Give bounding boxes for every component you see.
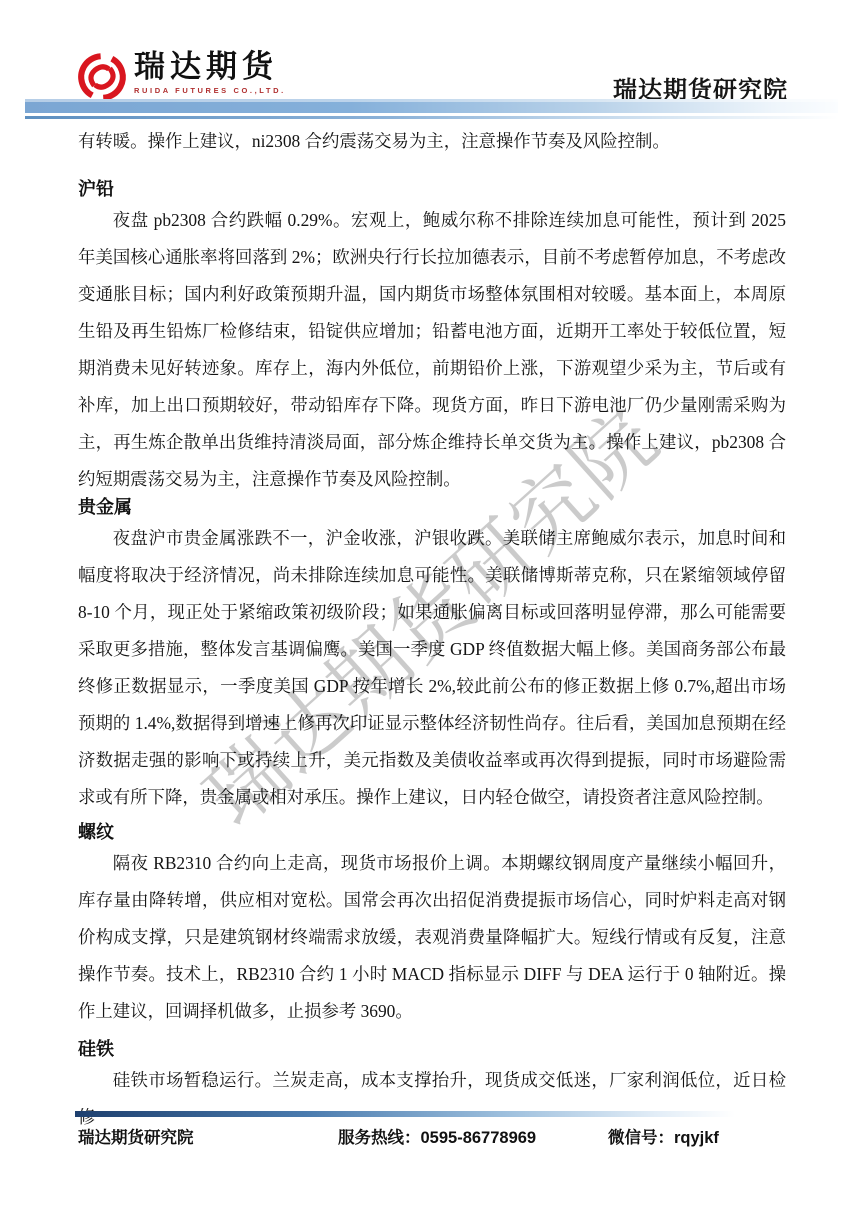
ruida-logo-icon <box>76 50 128 104</box>
header-divider-bar <box>25 99 838 113</box>
section-luo-wen: 螺纹 隔夜 RB2310 合约向上走高，现货市场报价上调。本期螺纹钢周度产量继续… <box>78 819 786 1030</box>
intro-continuation-text: 有转暖。操作上建议，ni2308 合约震荡交易为主，注意操作节奏及风险控制。 <box>78 123 786 160</box>
section-gui-tie: 硅铁 硅铁市场暂稳运行。兰炭走高，成本支撑抬升，现货成交低迷，厂家利润低位，近日… <box>78 1036 786 1136</box>
footer-wechat: 微信号：rqyjkf <box>608 1124 719 1148</box>
brand-name-cn: 瑞达期货 <box>134 50 286 84</box>
footer-divider-bar <box>75 1111 735 1117</box>
section-heading: 贵金属 <box>78 494 786 520</box>
footer-wechat-id: rqyjkf <box>674 1129 719 1147</box>
brand-logo: 瑞达期货 RUIDA FUTURES CO.,LTD. <box>76 50 286 104</box>
section-heading: 硅铁 <box>78 1036 786 1062</box>
document-page: 瑞达期货 RUIDA FUTURES CO.,LTD. 瑞达期货研究院 瑞达期货… <box>0 0 860 1217</box>
brand-name-en: RUIDA FUTURES CO.,LTD. <box>134 86 286 95</box>
footer-hotline-label: 服务热线： <box>338 1129 421 1147</box>
footer-hotline-number: 0595-86778969 <box>421 1129 537 1147</box>
page-footer: 瑞达期货研究院 服务热线：0595-86778969 微信号：rqyjkf <box>0 1124 860 1148</box>
intro-continuation-block: 有转暖。操作上建议，ni2308 合约震荡交易为主，注意操作节奏及风险控制。 <box>78 123 786 160</box>
footer-wechat-label: 微信号： <box>608 1129 674 1147</box>
section-body: 夜盘沪市贵金属涨跌不一，沪金收涨，沪银收跌。美联储主席鲍威尔表示，加息时间和幅度… <box>78 520 786 816</box>
footer-hotline: 服务热线：0595-86778969 <box>338 1124 536 1148</box>
section-body: 夜盘 pb2308 合约跌幅 0.29%。宏观上，鲍威尔称不排除连续加息可能性，… <box>78 202 786 498</box>
footer-org: 瑞达期货研究院 <box>78 1124 194 1148</box>
section-hu-qian: 沪铅 夜盘 pb2308 合约跌幅 0.29%。宏观上，鲍威尔称不排除连续加息可… <box>78 176 786 498</box>
brand-logo-text: 瑞达期货 RUIDA FUTURES CO.,LTD. <box>134 50 286 95</box>
section-body: 隔夜 RB2310 合约向上走高，现货市场报价上调。本期螺纹钢周度产量继续小幅回… <box>78 845 786 1030</box>
section-gui-jin-shu: 贵金属 夜盘沪市贵金属涨跌不一，沪金收涨，沪银收跌。美联储主席鲍威尔表示，加息时… <box>78 494 786 816</box>
section-heading: 螺纹 <box>78 819 786 845</box>
header-divider-line <box>25 116 838 119</box>
section-heading: 沪铅 <box>78 176 786 202</box>
